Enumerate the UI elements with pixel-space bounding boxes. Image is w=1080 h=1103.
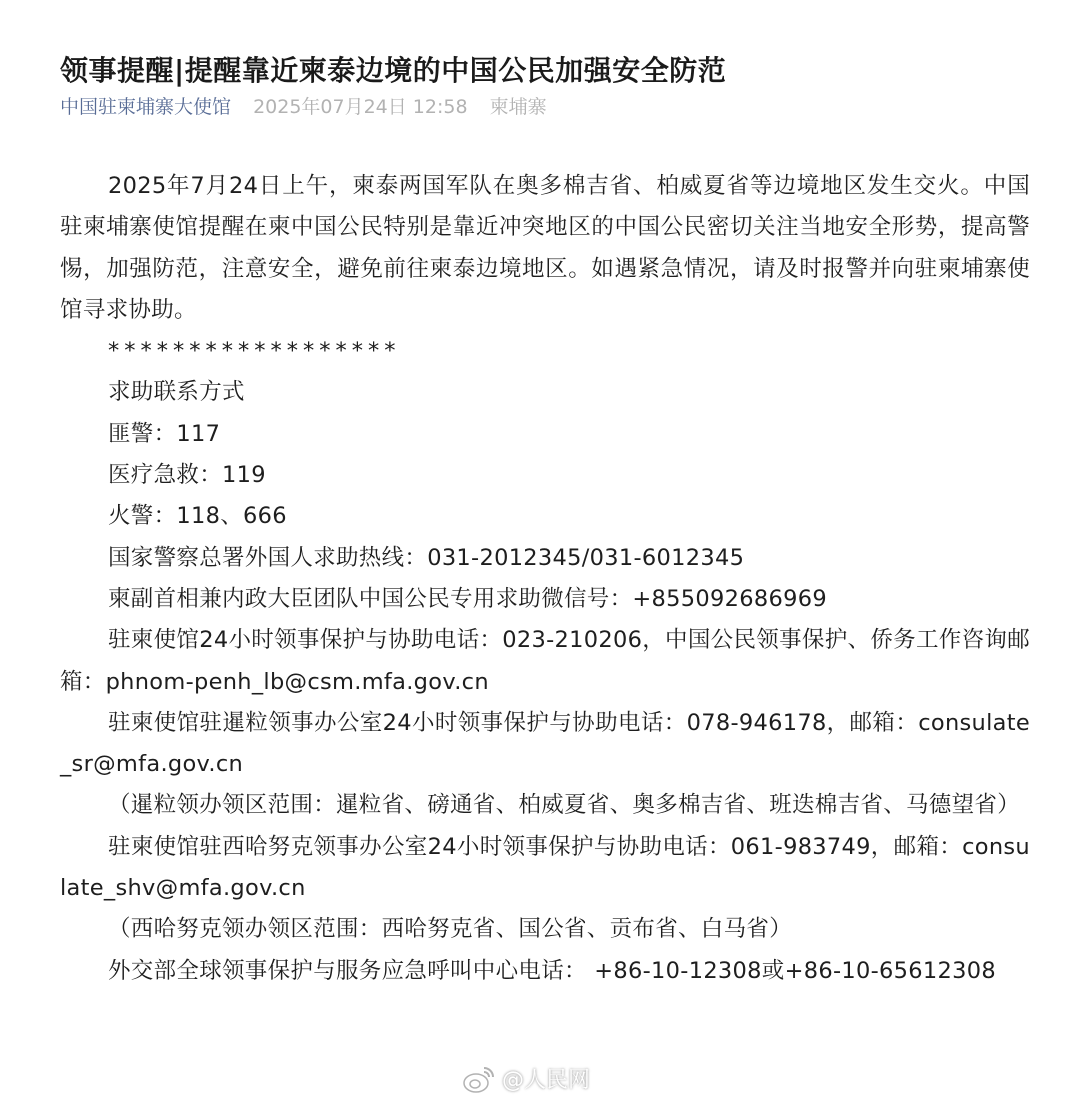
article-meta: 中国驻柬埔寨大使馆 2025年07月24日 12:58 柬埔寨 bbox=[60, 90, 547, 124]
article-body: 2025年7月24日上午，柬泰两国军队在奥多棉吉省、柏威夏省等边境地区发生交火。… bbox=[60, 166, 1030, 992]
contact-mfa-hotline: 外交部全球领事保护与服务应急呼叫中心电话： +86-10-12308或+86-1… bbox=[60, 951, 1030, 992]
weibo-icon bbox=[462, 1064, 496, 1094]
contact-wechat: 柬副首相兼内政大臣团队中国公民专用求助微信号：+855092686969 bbox=[60, 579, 1030, 620]
article-title: 领事提醒|提醒靠近柬泰边境的中国公民加强安全防范 bbox=[60, 49, 726, 93]
watermark: @人民网 bbox=[462, 1063, 590, 1094]
contact-foreigner-hotline: 国家警察总署外国人求助热线：031-2012345/031-6012345 bbox=[60, 538, 1030, 579]
author-link[interactable]: 中国驻柬埔寨大使馆 bbox=[60, 96, 231, 118]
contact-sihanoukville-office: 驻柬使馆驻西哈努克领事办公室24小时领事保护与协助电话：061-983749，邮… bbox=[60, 827, 1030, 910]
contact-ambulance: 医疗急救：119 bbox=[60, 455, 1030, 496]
watermark-text: @人民网 bbox=[502, 1063, 590, 1094]
sihanoukville-jurisdiction: （西哈努克领办领区范围：西哈努克省、国公省、贡布省、白马省） bbox=[60, 909, 1030, 950]
contact-fire: 火警：118、666 bbox=[60, 496, 1030, 537]
contact-siem-reap-office: 驻柬使馆驻暹粒领事办公室24小时领事保护与协助电话：078-946178，邮箱：… bbox=[60, 703, 1030, 786]
contact-heading: 求助联系方式 bbox=[60, 372, 1030, 413]
contact-police: 匪警：117 bbox=[60, 414, 1030, 455]
publish-location: 柬埔寨 bbox=[490, 96, 547, 118]
intro-paragraph: 2025年7月24日上午，柬泰两国军队在奥多棉吉省、柏威夏省等边境地区发生交火。… bbox=[60, 166, 1030, 331]
contact-embassy: 驻柬使馆24小时领事保护与协助电话：023-210206，中国公民领事保护、侨务… bbox=[60, 620, 1030, 703]
publish-date: 2025年07月24日 12:58 bbox=[253, 96, 468, 118]
separator-stars: ****************** bbox=[60, 331, 1030, 372]
siem-reap-jurisdiction: （暹粒领办领区范围：暹粒省、磅通省、柏威夏省、奥多棉吉省、班迭棉吉省、马德望省） bbox=[60, 785, 1030, 826]
